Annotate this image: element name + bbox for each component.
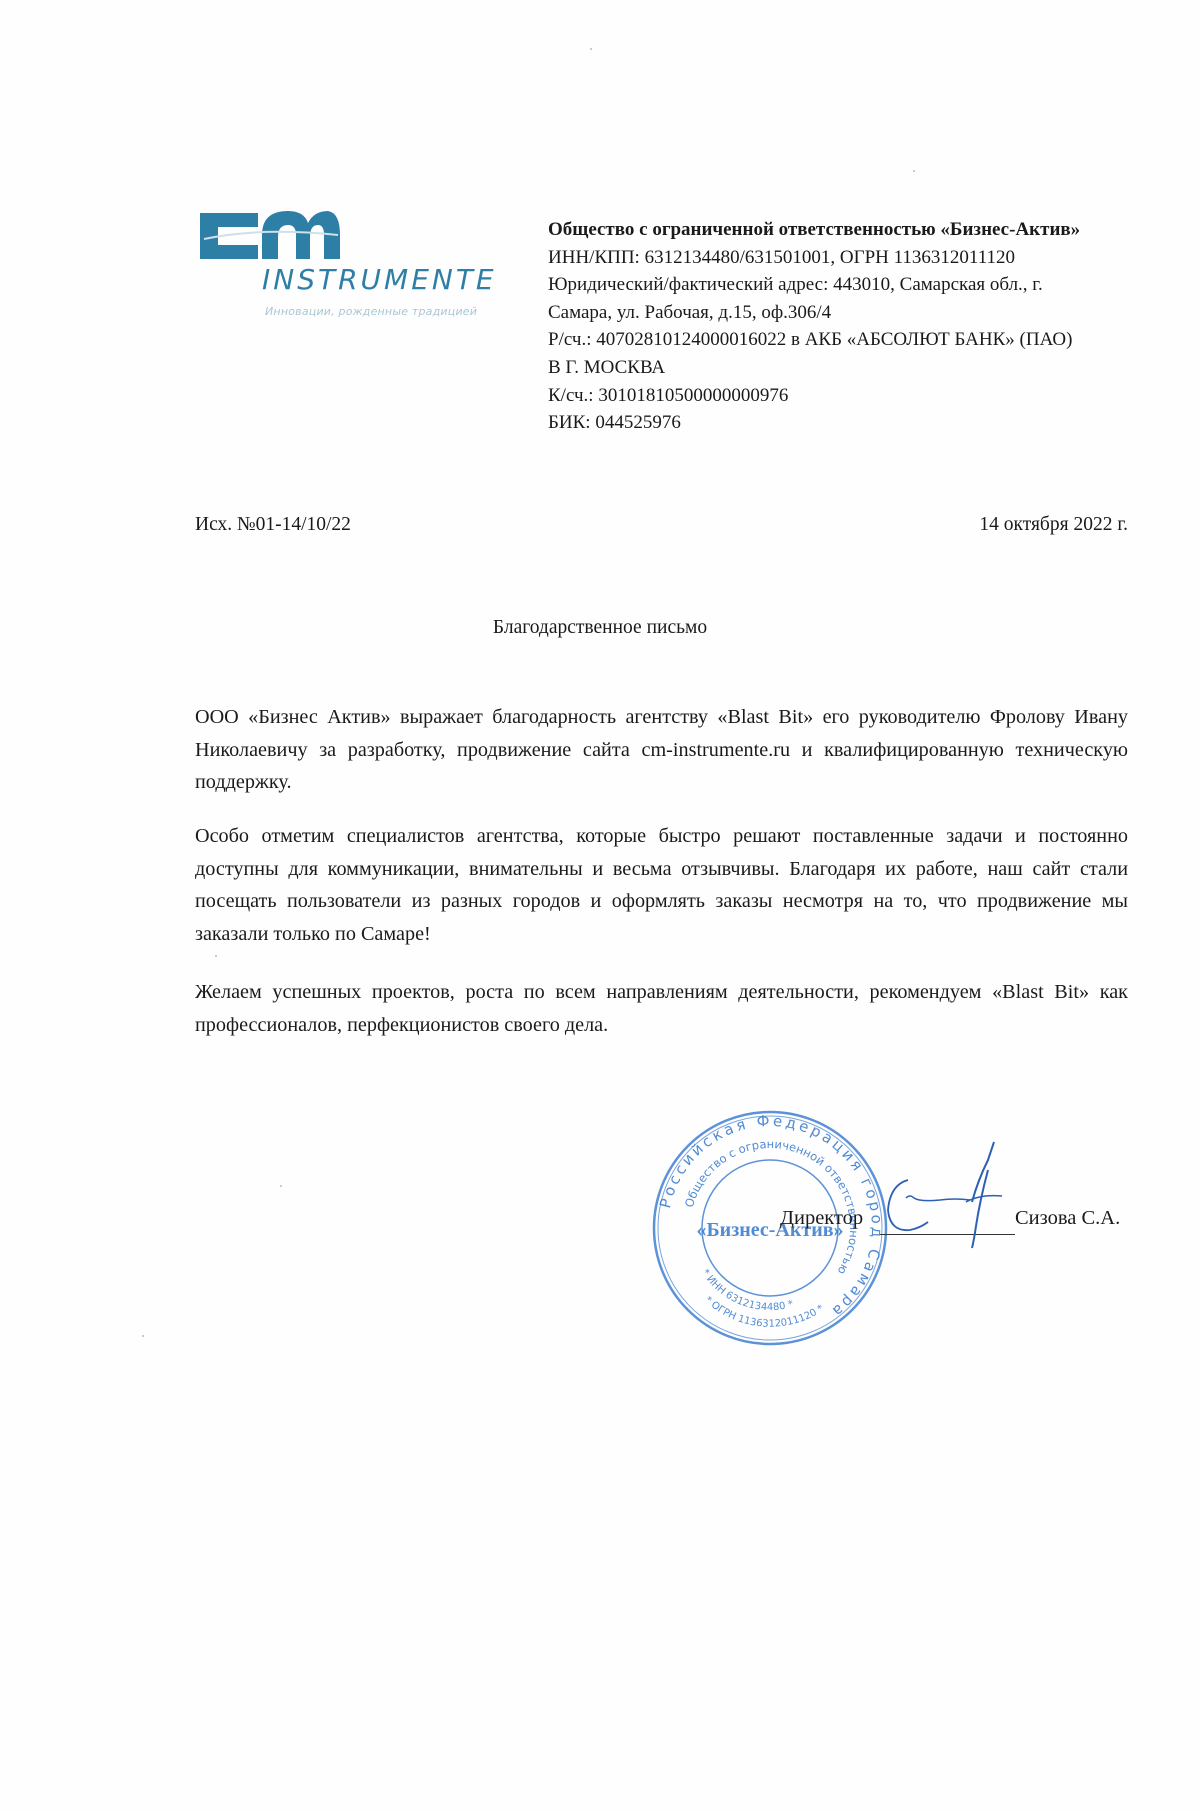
body-paragraph-3: Желаем успешных проектов, роста по всем … (195, 976, 1128, 1041)
paragraph-text: Желаем успешных проектов, роста по всем … (195, 976, 1128, 1041)
cm-logo-mark-icon (200, 205, 340, 267)
body-paragraph-2: Особо отметим специалистов агентства, ко… (195, 820, 1128, 950)
letter-page: INSTRUMENTE Инновации, рожденные традици… (0, 0, 1200, 1812)
handwritten-signature-icon (880, 1140, 1030, 1250)
requisites-line: В Г. МОСКВА (548, 354, 1148, 382)
letter-title: Благодарственное письмо (0, 617, 1200, 639)
requisites-line: ИНН/КПП: 6312134480/631501001, ОГРН 1136… (548, 244, 1148, 272)
company-logo: INSTRUMENTE Инновации, рожденные традици… (200, 205, 530, 335)
requisites-line: К/сч.: 30101810500000000976 (548, 382, 1148, 410)
requisites-line: Р/сч.: 40702810124000016022 в АКБ «АБСОЛ… (548, 326, 1148, 354)
paragraph-text: Особо отметим специалистов агентства, ко… (195, 820, 1128, 950)
signer-position: Директор (780, 1207, 863, 1230)
outgoing-reference-number: Исх. №01-14/10/22 (195, 514, 351, 536)
logo-wordmark: INSTRUMENTE (262, 263, 497, 296)
requisites-line: Самара, ул. Рабочая, д.15, оф.306/4 (548, 299, 1148, 327)
requisites-line: БИК: 044525976 (548, 409, 1148, 437)
scan-speck (280, 1185, 282, 1187)
paragraph-text: ООО «Бизнес Актив» выражает благодарност… (195, 701, 1128, 799)
scan-speck (590, 48, 592, 50)
signer-name: Сизова С.А. (1015, 1207, 1120, 1230)
company-requisites: Общество с ограниченной ответственностью… (548, 216, 1148, 437)
scan-speck (215, 955, 217, 957)
logo-tagline: Инновации, рожденные традицией (265, 305, 477, 318)
requisites-line: Юридический/фактический адрес: 443010, С… (548, 271, 1148, 299)
company-name: Общество с ограниченной ответственностью… (548, 216, 1148, 244)
scan-speck (913, 170, 915, 172)
letter-date: 14 октября 2022 г. (979, 514, 1128, 536)
body-paragraph-1: ООО «Бизнес Актив» выражает благодарност… (195, 701, 1128, 799)
scan-speck (142, 1335, 144, 1337)
